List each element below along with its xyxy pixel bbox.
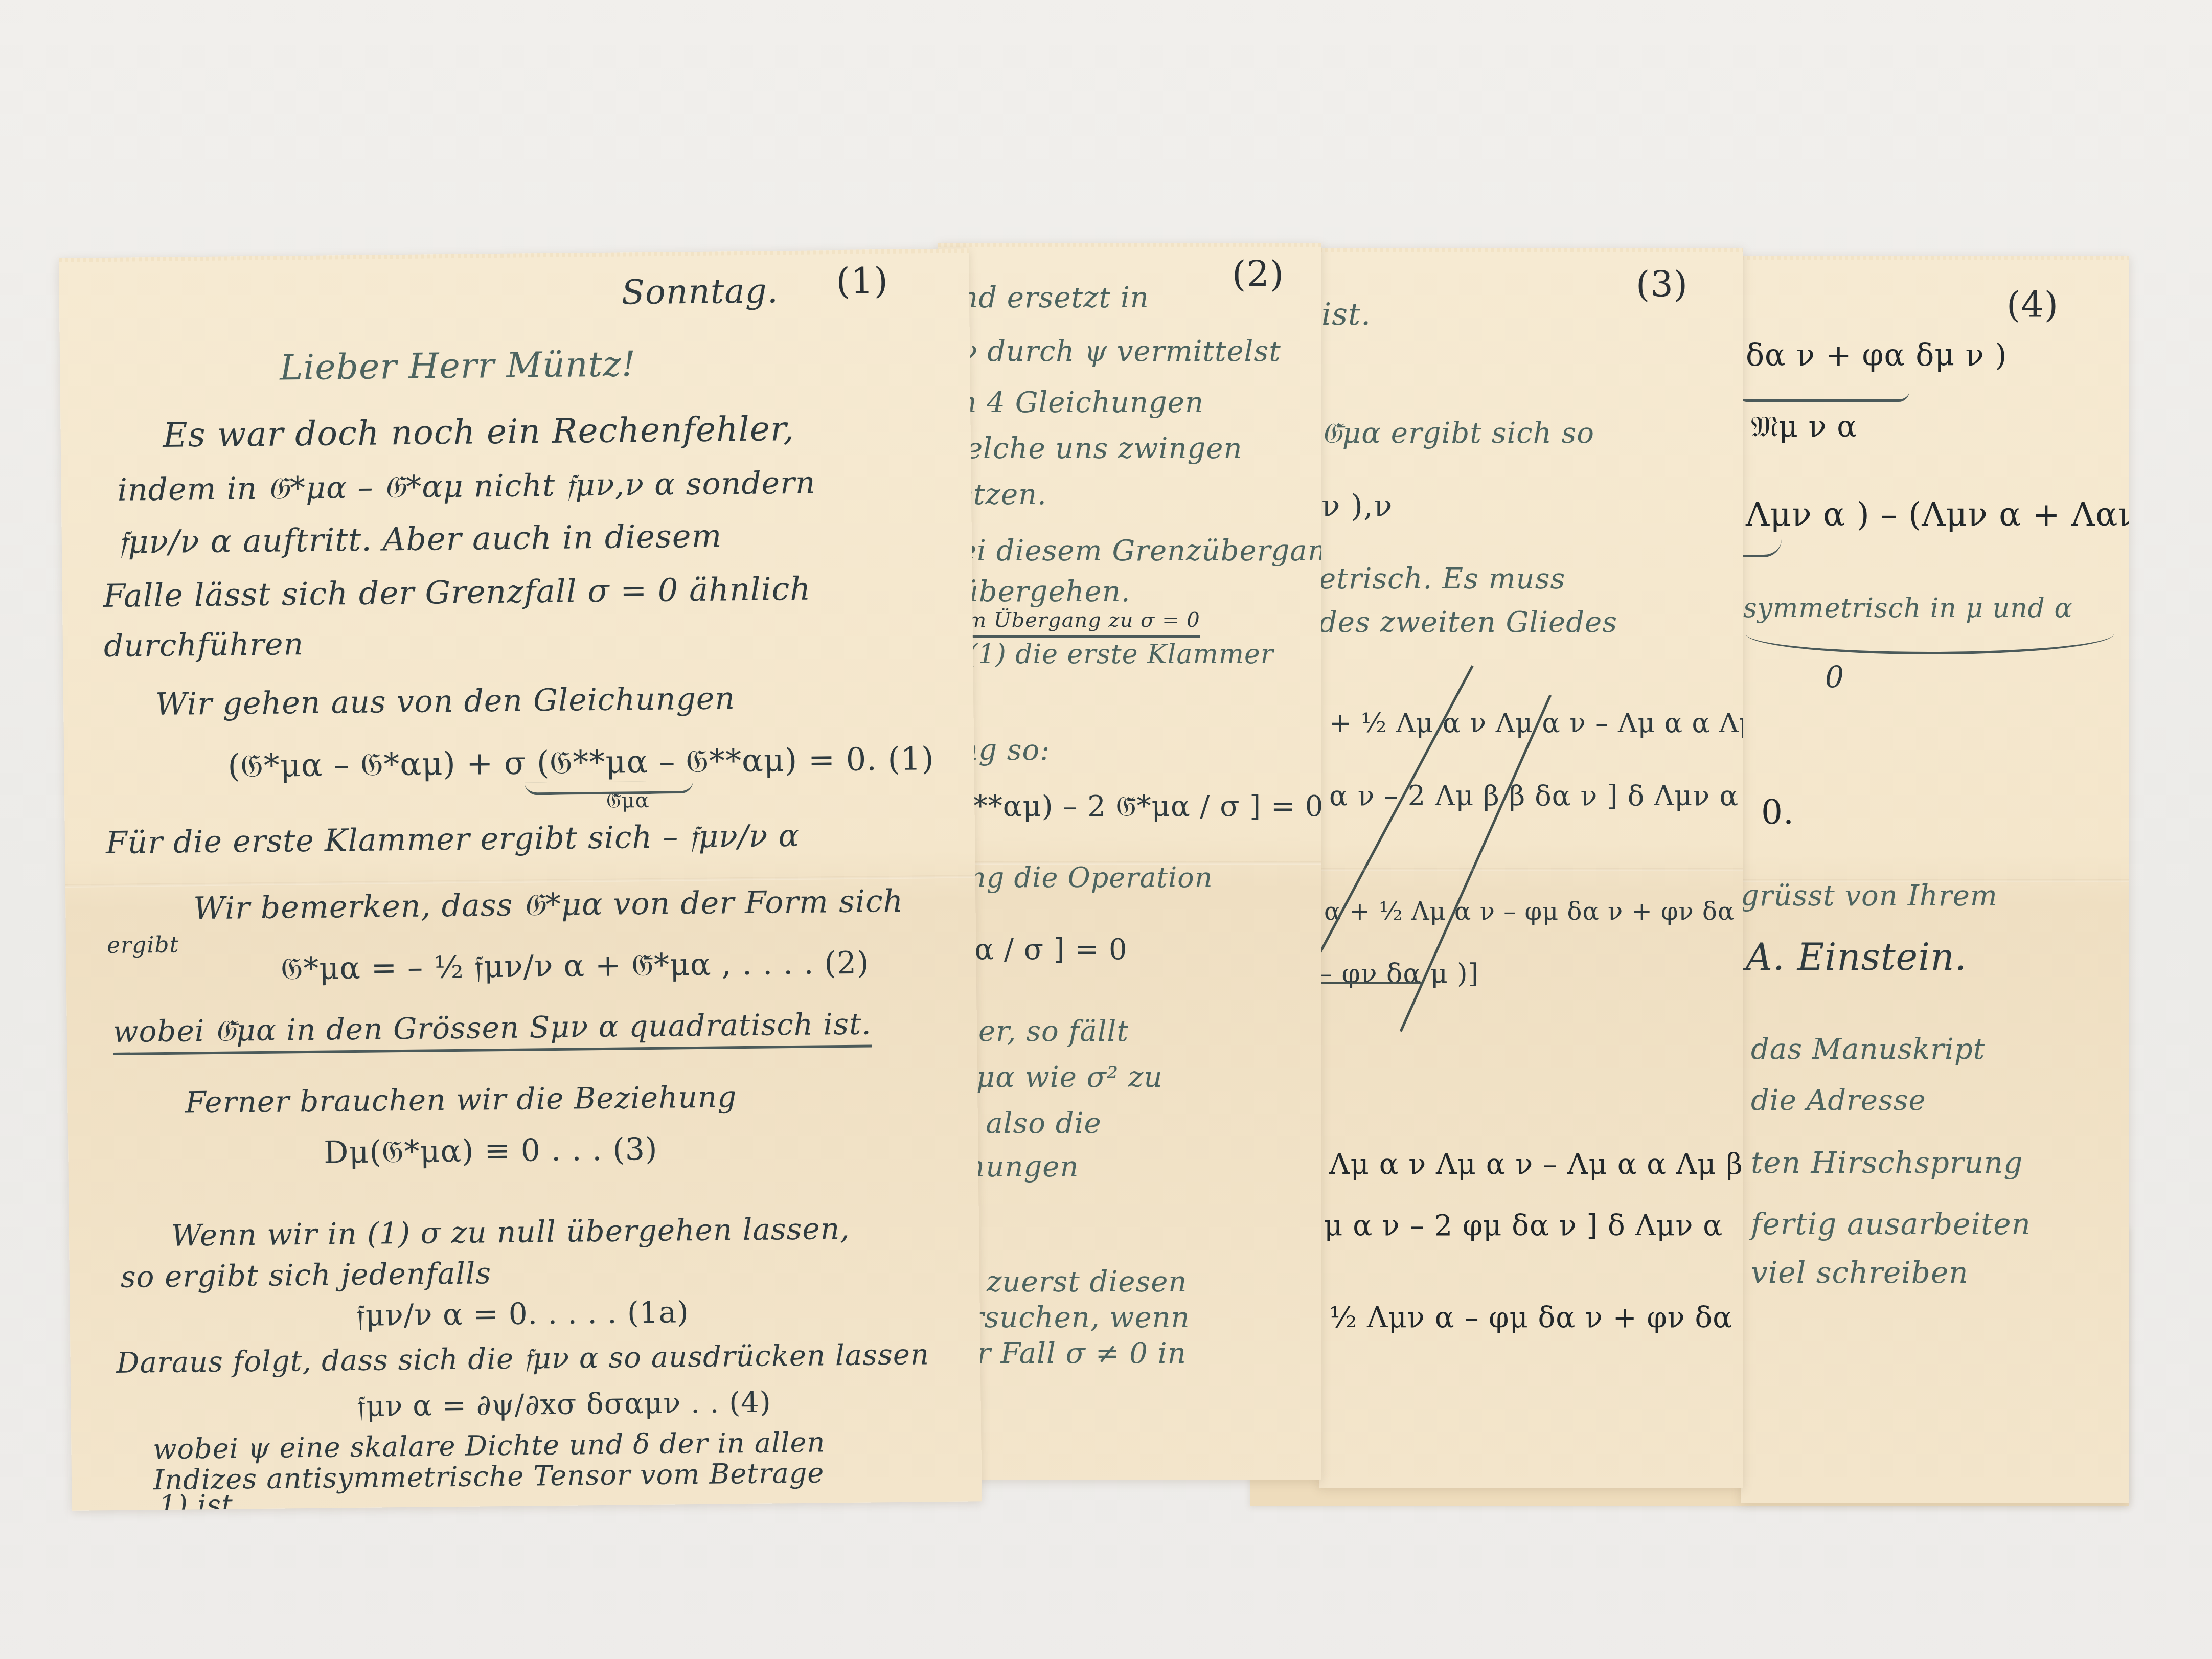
page-number: (4) [2006,284,2059,326]
curly-brace [1746,631,2114,654]
salutation: Lieber Herr Müntz! [280,344,636,388]
postscript-line: viel schreiben [1751,1255,1969,1290]
text-line: symmetrisch in μ und α [1743,593,2073,624]
text-line: 1) ist. [158,1488,242,1510]
text-line: 𝔊̄μα ergibt sich so [1321,417,1594,450]
text-line: Daraus folgt, dass sich die 𝔣μν α so aus… [116,1338,929,1380]
page-1: (1) Sonntag. Lieber Herr Müntz! Es war d… [59,248,982,1511]
text-line: Falle lässt sich der Grenzfall σ = 0 ähn… [103,570,811,615]
underbrace [1741,539,1782,557]
text-line: μν durch ψ vermittelst [941,335,1281,368]
text-line: und ersetzt in [941,281,1149,314]
equation-line: – φν δα μ )] [1319,959,1479,989]
equation-line: 𝔐μ ν α [1751,409,1857,444]
equation-line: α + ½ Λμ α ν – φμ δα ν + φν δα μ [1324,897,1743,926]
text-line: lung die Operation [941,861,1213,894]
text-line: so ergibt sich jedenfalls [121,1256,492,1294]
postscript-line: die Adresse [1751,1084,1926,1117]
text-line: Ferner brauchen wir die Beziehung [185,1079,737,1120]
page-number: (1) [836,260,888,302]
underlined-line: wobei 𝔊̄μα in den Grössen Sμν α quadrati… [112,1006,872,1055]
text-line: Wir bemerken, dass 𝔊*μα von der Form sic… [193,883,904,927]
text-line: an 4 Gleichungen [941,386,1204,419]
text-line: bei diesem Grenzübergang [941,534,1321,567]
postscript-line: das Manuskript [1751,1033,1985,1066]
equation-4: 𝔣μν α = ∂ψ/∂xσ δσαμν . . (4) [357,1386,771,1424]
text-line: ergibt [107,932,179,959]
equation-end: 0. [1761,792,1794,832]
text-line: durchführen [104,626,304,664]
text-line: welche uns zwingen [941,432,1243,465]
page-2: (2) und ersetzt in μα μν durch ψ vermitt… [938,243,1321,1480]
text-line: indem in 𝔊*μα – 𝔊*αμ nicht 𝔣μν,ν α sonde… [117,465,815,508]
equation-line: ½ Λμν α – φμ δα ν + φν δα μ [1329,1301,1743,1334]
underbrace [1741,391,1909,402]
text-line: des zweiten Gliedes [1319,606,1617,639]
page-3: (3) ist. 𝔊̄μα ergibt sich so ν ),ν etris… [1319,248,1743,1488]
text-line: n (1) die erste Klammer [941,639,1274,670]
equation-line: δα ν + φα δμ ν ) [1746,337,2007,373]
equation-1: (𝔊*μα – 𝔊*αμ) + σ (𝔊**μα – 𝔊**αμ) = 0. (… [227,740,934,785]
closing-line: grüsst von Ihrem [1741,879,1998,913]
perforated-edge [1741,256,2129,260]
inserted-note: dem Übergang zu σ = 0 [941,608,1200,638]
text-line: ist. [1321,297,1371,332]
equation-line: μ α ν – 2 φμ δα ν ] δ Λμν α [1324,1209,1723,1242]
strike-line [1319,982,1421,984]
equation-1a: 𝔣μν/ν α = 0. . . . . (1a) [356,1294,689,1333]
page-number: (3) [1636,263,1688,305]
text-line: 𝔣μν/ν α auftritt. Aber auch in diesem [118,517,722,561]
perforated-edge [1319,248,1743,252]
text-line: Indizes antisymmetrische Tensor vom Betr… [153,1457,825,1496]
equation-2: 𝔊*μα = – ½ 𝔣μν/ν α + 𝔊̄*μα , . . . . (2) [281,945,870,987]
signature: A. Einstein. [1746,936,1967,979]
equation-line: Λμ α ν Λμ α ν – Λμ α α Λμ β β ] [1329,1148,1743,1181]
text-line: Für die erste Klammer ergibt sich – 𝔣μν/… [106,818,800,861]
text-line: Wenn wir in (1) σ zu null übergehen lass… [171,1211,850,1253]
text-line: Es war doch noch ein Rechenfehler, [163,409,794,455]
text-line: etrisch. Es muss [1319,562,1565,596]
text-line: Wir gehen aus von den Gleichungen [155,680,736,722]
equation-line: Λμν α ) – (Λμν α + Λαν μ) [1746,496,2129,534]
perforated-edge [59,248,969,262]
equation-line: ν ),ν [1321,488,1393,524]
equation-line: α ν – 2 Λμ β β δα ν ] δ Λμν α [1329,780,1739,812]
brace-result: 0 [1825,660,1844,694]
letter-date: Sonntag. [621,271,779,312]
page-number: (2) [1232,253,1284,295]
page-4: (4) δα ν + φα δμ ν ) 𝔐μ ν α Λμν α ) – (Λ… [1741,256,2129,1503]
equation-line: (𝔊**αμ) – 2 𝔊̄*μα / σ ] = 0 [941,790,1321,824]
perforated-edge [938,243,1321,247]
brace-label: 𝔊̃μα [606,789,650,813]
equation-3: Dμ(𝔊*μα) ≡ 0 . . . (3) [324,1131,658,1171]
postscript-line: ten Hirschsprung [1751,1145,2023,1180]
postscript-line: fertig ausarbeiten [1751,1207,2031,1241]
